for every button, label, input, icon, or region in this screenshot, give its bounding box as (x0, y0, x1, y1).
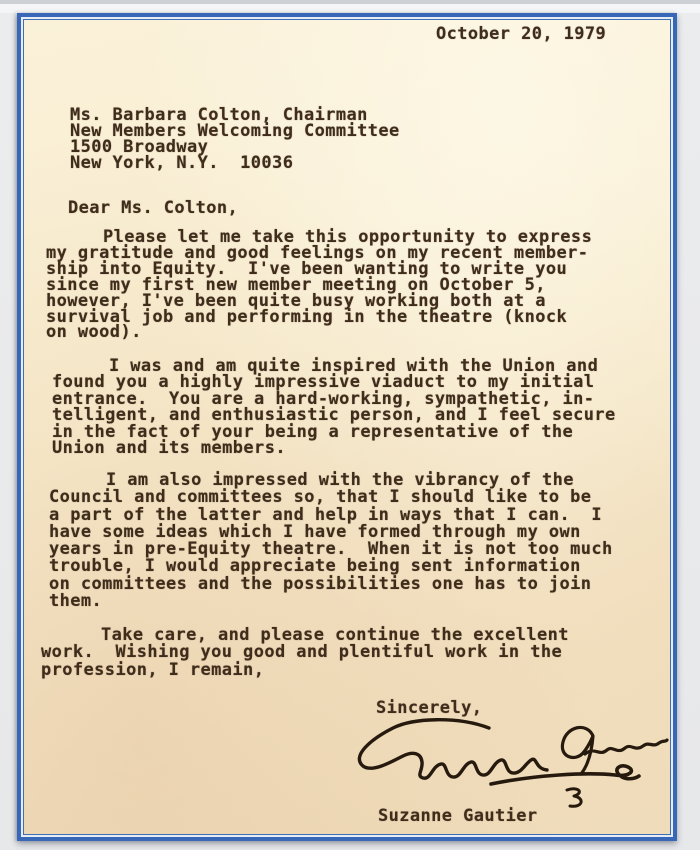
typed-signature: Suzanne Gautier (378, 806, 538, 826)
frame-inner-line: October 20, 1979 Ms. Barbara Colton, Cha… (21, 17, 673, 837)
salutation: Dear Ms. Colton, (68, 198, 238, 218)
handwritten-signature (339, 712, 669, 812)
salutation-text: Dear Ms. Colton, (68, 198, 238, 218)
recipient-line: New York, N.Y. 10036 (70, 156, 400, 172)
paragraph-1: Please let me take this opportunity to e… (46, 230, 592, 341)
typed-signature-text: Suzanne Gautier (378, 806, 538, 826)
closing-paragraph: Take care, and please continue the excel… (41, 627, 569, 679)
letter-paper: October 20, 1979 Ms. Barbara Colton, Cha… (23, 19, 671, 835)
body-line: profession, I remain, (41, 662, 569, 679)
date-line: October 20, 1979 (436, 24, 606, 44)
body-line: Council and committees so, that I should… (49, 489, 613, 506)
body-line: on committees and the possibilities one … (49, 576, 613, 593)
body-line: them. (49, 593, 613, 610)
recipient-address: Ms. Barbara Colton, Chairman New Members… (70, 108, 400, 172)
paragraph-3: I am also impressed with the vibrancy of… (49, 472, 613, 610)
paragraph-2: I was and am quite inspired with the Uni… (52, 358, 616, 456)
body-line: Union and its members. (52, 440, 616, 456)
date-text: October 20, 1979 (436, 24, 606, 44)
page-background: { "letter": { "date": "October 20, 1979"… (0, 0, 700, 850)
body-line: on wood). (46, 325, 592, 341)
body-line: work. Wishing you good and plentiful wor… (41, 644, 569, 661)
letter-frame: October 20, 1979 Ms. Barbara Colton, Cha… (17, 13, 677, 841)
